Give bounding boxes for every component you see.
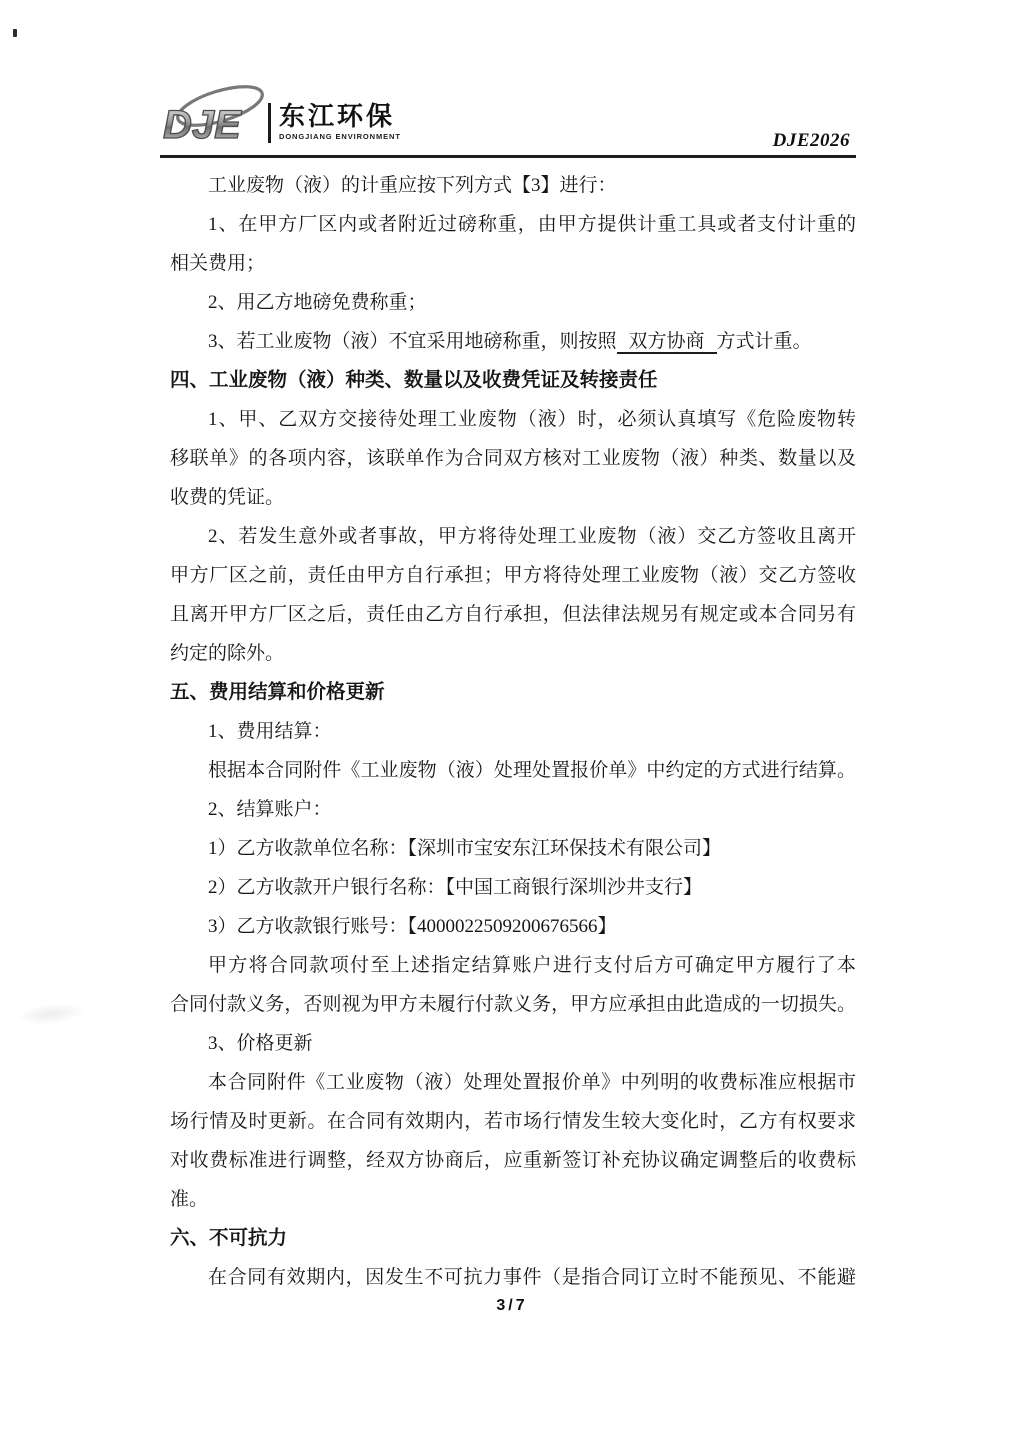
- section-heading: 五、费用结算和价格更新: [170, 673, 856, 712]
- text-line: 且离开甲方厂区之后，责任由乙方自行承担，但法律法规另有规定或本合同另有: [170, 595, 856, 634]
- text-line: 根据本合同附件《工业废物（液）处理处置报价单》中约定的方式进行结算。: [170, 751, 856, 790]
- text-line: 2）乙方收款开户银行名称：【中国工商银行深圳沙井支行】: [170, 868, 856, 907]
- text-line: 约定的除外。: [170, 634, 856, 673]
- text-line: 2、用乙方地磅免费称重；: [170, 283, 856, 322]
- text-line: 甲方厂区之前，责任由甲方自行承担；甲方将待处理工业废物（液）交乙方签收: [170, 556, 856, 595]
- text-line: 1、费用结算：: [170, 712, 856, 751]
- dje-logo-graphic: DJE: [162, 84, 266, 148]
- text-line: 合同付款义务，否则视为甲方未履行付款义务，甲方应承担由此造成的一切损失。: [170, 985, 856, 1024]
- dje-logo-mark: DJE: [162, 84, 266, 148]
- underlined-fill-in-value: 双方协商: [617, 331, 717, 354]
- text-line: 1、甲、乙双方交接待处理工业废物（液）时，必须认真填写《危险废物转: [170, 400, 856, 439]
- text-line: 在合同有效期内，因发生不可抗力事件（是指合同订立时不能预见、不能避: [170, 1258, 856, 1297]
- text-line: 3、价格更新: [170, 1024, 856, 1063]
- text-line: 相关费用；: [170, 244, 856, 283]
- text-line: 移联单》的各项内容，该联单作为合同双方核对工业废物（液）种类、数量以及: [170, 439, 856, 478]
- text-line: 场行情及时更新。在合同有效期内，若市场行情发生较大变化时，乙方有权要求: [170, 1102, 856, 1141]
- text-line: 2、结算账户：: [170, 790, 856, 829]
- document-code: DJE2026: [773, 130, 850, 152]
- logo-divider: [268, 103, 271, 143]
- brand-name-cn: 东江环保: [279, 103, 401, 130]
- text-segment: 3、若工业废物（液）不宜采用地磅称重，则按照: [208, 331, 617, 352]
- text-line: 甲方将合同款项付至上述指定结算账户进行支付后方可确定甲方履行了本: [170, 946, 856, 985]
- company-logo: DJE 东江环保 DONGJIANG ENVIRONMENT: [162, 84, 401, 148]
- text-line: 对收费标准进行调整，经双方协商后，应重新签订补充协议确定调整后的收费标: [170, 1141, 856, 1180]
- text-line: 3）乙方收款银行账号：【4000022509200676566】: [170, 907, 856, 946]
- page-number: 3/7: [0, 1297, 1024, 1315]
- text-line: 准。: [170, 1180, 856, 1219]
- scan-speck: [13, 29, 17, 37]
- text-line: 收费的凭证。: [170, 478, 856, 517]
- section-heading: 四、工业废物（液）种类、数量以及收费凭证及转接责任: [170, 361, 856, 400]
- header-rule: [160, 155, 856, 158]
- dje-monogram: DJE: [163, 103, 242, 147]
- logo-text: 东江环保 DONGJIANG ENVIRONMENT: [279, 103, 401, 141]
- text-line: 2、若发生意外或者事故，甲方将待处理工业废物（液）交乙方签收且离开: [170, 517, 856, 556]
- text-line: 1、在甲方厂区内或者附近过磅称重，由甲方提供计重工具或者支付计重的: [170, 205, 856, 244]
- contract-scan-page: DJE 东江环保 DONGJIANG ENVIRONMENT DJE2026 工…: [0, 0, 1024, 1443]
- page-header: DJE 东江环保 DONGJIANG ENVIRONMENT DJE2026: [160, 84, 856, 156]
- scan-smudge: [15, 1000, 87, 1027]
- text-line: 本合同附件《工业废物（液）处理处置报价单》中列明的收费标准应根据市: [170, 1063, 856, 1102]
- section-heading: 六、不可抗力: [170, 1219, 856, 1258]
- text-segment: 方式计重。: [717, 331, 812, 352]
- text-line: 3、若工业废物（液）不宜采用地磅称重，则按照双方协商方式计重。: [170, 322, 856, 361]
- document-body: 工业废物（液）的计重应按下列方式【3】进行：1、在甲方厂区内或者附近过磅称重，由…: [170, 166, 856, 1297]
- text-line: 工业废物（液）的计重应按下列方式【3】进行：: [170, 166, 856, 205]
- brand-name-en: DONGJIANG ENVIRONMENT: [279, 132, 401, 141]
- text-line: 1）乙方收款单位名称：【深圳市宝安东江环保技术有限公司】: [170, 829, 856, 868]
